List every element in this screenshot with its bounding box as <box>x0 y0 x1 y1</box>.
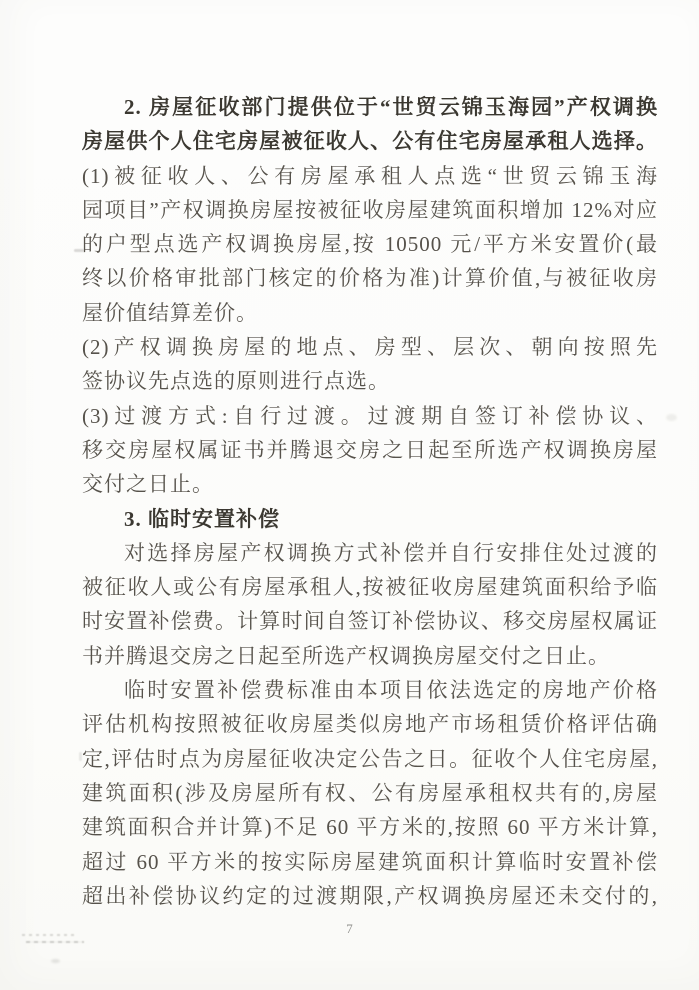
doc-line: 被征收人或公有房屋承租人,按被征收房屋建筑面积给予临 <box>82 570 658 604</box>
doc-line: 书并腾退交房之日起至所选产权调换房屋交付之日止。 <box>82 639 658 673</box>
scan-speck <box>666 414 677 421</box>
doc-line: 超过 60 平方米的按实际房屋建筑面积计算临时安置补偿费。 <box>82 845 658 879</box>
doc-line: 建筑面积(涉及房屋所有权、公有房屋承租权共有的,房屋 <box>82 776 658 810</box>
doc-line: (3)过渡方式:自行过渡。过渡期自签订补偿协议、 <box>82 399 658 433</box>
doc-line: 建筑面积合并计算)不足 60 平方米的,按照 60 平方米计算, <box>82 810 658 844</box>
doc-line: 的户型点选产权调换房屋,按 10500 元/平方米安置价(最 <box>82 227 658 261</box>
doc-line: 终以价格审批部门核定的价格为准)计算价值,与被征收房 <box>82 261 658 295</box>
page-number: 7 <box>0 921 699 937</box>
doc-line: (2)产权调换房屋的地点、房型、层次、朝向按照先 <box>82 330 658 364</box>
document-text-block: 2. 房屋征收部门提供位于“世贸云锦玉海园”产权调换 房屋供个人住宅房屋被征收人… <box>82 90 658 913</box>
heading-line: 2. 房屋征收部门提供位于“世贸云锦玉海园”产权调换 <box>82 90 658 124</box>
scan-speck <box>51 959 60 963</box>
doc-line: 时安置补偿费。计算时间自签订补偿协议、移交房屋权属证 <box>82 604 658 638</box>
doc-line: 交付之日止。 <box>82 467 658 501</box>
doc-line: 评估机构按照被征收房屋类似房地产市场租赁价格评估确 <box>82 707 658 741</box>
doc-line: 屋价值结算差价。 <box>82 296 658 330</box>
section-heading: 3. 临时安置补偿 <box>82 502 658 536</box>
doc-line: 对选择房屋产权调换方式补偿并自行安排住处过渡的 <box>82 536 658 570</box>
doc-line: 临时安置补偿费标准由本项目依法选定的房地产价格 <box>82 673 658 707</box>
heading-line: 房屋供个人住宅房屋被征收人、公有住宅房屋承租人选择。 <box>82 124 658 158</box>
doc-line: 超出补偿协议约定的过渡期限,产权调换房屋还未交付的, <box>82 879 658 913</box>
scanned-document-page: 2. 房屋征收部门提供位于“世贸云锦玉海园”产权调换 房屋供个人住宅房屋被征收人… <box>0 0 699 990</box>
doc-line: 定,评估时点为房屋征收决定公告之日。征收个人住宅房屋, <box>82 742 658 776</box>
doc-line: 签协议先点选的原则进行点选。 <box>82 364 658 398</box>
scan-smudge <box>26 941 84 943</box>
doc-line: 园项目”产权调换房屋按被征收房屋建筑面积增加 12%对应 <box>82 193 658 227</box>
doc-line: 移交房屋权属证书并腾退交房之日起至所选产权调换房屋 <box>82 433 658 467</box>
doc-line: (1)被征收人、公有房屋承租人点选“世贸云锦玉海 <box>82 159 658 193</box>
